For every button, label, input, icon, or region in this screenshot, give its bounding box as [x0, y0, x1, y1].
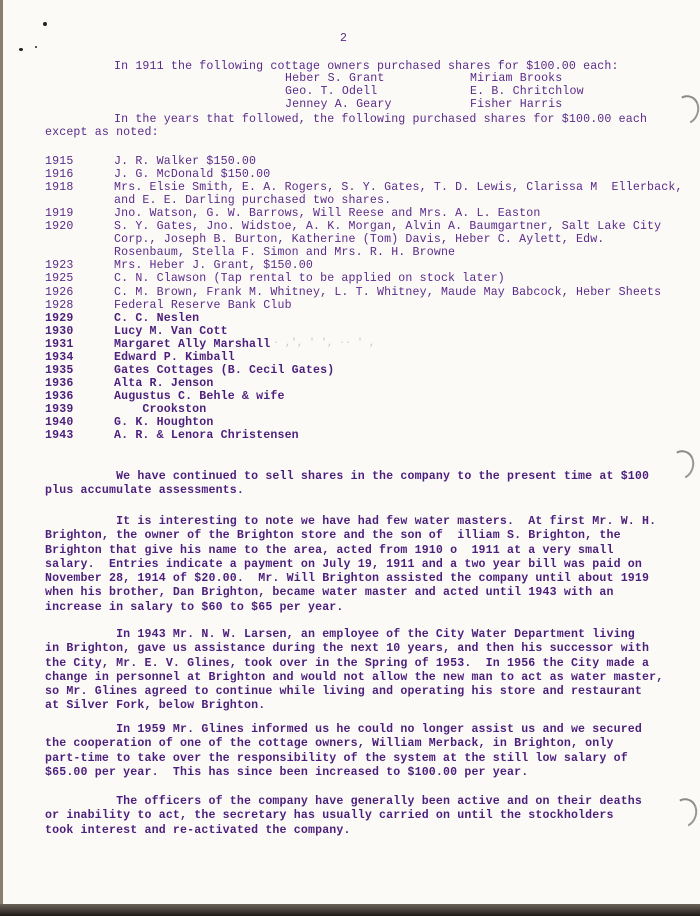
purchase-year: 1940	[45, 416, 73, 429]
purchase-year: 1931	[45, 338, 73, 351]
purchase-year: 1916	[45, 168, 73, 181]
body-paragraph: In 1959 Mr. Glines informed us he could …	[45, 723, 645, 780]
purchase-year: 1928	[45, 299, 73, 312]
purchase-year: 1918	[45, 181, 73, 194]
followed-line: In the years that followed, the followin…	[114, 113, 647, 126]
purchase-entry: Federal Reserve Bank Club	[114, 299, 292, 312]
purchase-entry: A. R. & Lenora Christensen	[114, 429, 299, 442]
purchase-entry: G. K. Houghton	[114, 416, 214, 429]
bleed-through-marks: · ,', ' ', ·· ' ,	[273, 338, 375, 349]
document-page: 2 In 1911 the following cottage owners p…	[0, 0, 700, 904]
purchase-year: 1915	[45, 155, 73, 168]
purchase-entry: Margaret Ally Marshall	[114, 338, 270, 351]
owner-name: Jenney A. Geary	[285, 98, 392, 111]
purchase-year: 1934	[45, 351, 73, 364]
punch-hole-icon	[664, 446, 699, 483]
purchase-entry: Lucy M. Van Cott	[114, 325, 228, 338]
page-number: 2	[340, 32, 347, 45]
purchase-entry: Rosenbaum, Stella F. Simon and Mrs. R. H…	[114, 246, 455, 259]
body-paragraph: In 1943 Mr. N. W. Larsen, an employee of…	[45, 628, 645, 714]
purchase-entry: J. G. McDonald $150.00	[114, 168, 270, 181]
punch-hole-icon	[667, 794, 700, 831]
owner-name: Fisher Harris	[470, 98, 562, 111]
purchase-year: 1925	[45, 272, 73, 285]
scan-speck	[43, 22, 47, 26]
purchase-year: 1930	[45, 325, 73, 338]
purchase-entry: S. Y. Gates, Jno. Widstoe, A. K. Morgan,…	[114, 220, 661, 233]
purchase-entry: C. M. Brown, Frank M. Whitney, L. T. Whi…	[114, 286, 661, 299]
scan-speck	[35, 46, 37, 48]
body-paragraph: We have continued to sell shares in the …	[45, 470, 645, 499]
purchase-year: 1935	[45, 364, 73, 377]
purchase-year: 1926	[45, 286, 73, 299]
purchase-year: 1919	[45, 207, 73, 220]
owner-name: Geo. T. Odell	[285, 85, 377, 98]
purchase-year: 1936	[45, 377, 73, 390]
purchase-entry: Crookston	[114, 403, 206, 416]
purchase-entry: Mrs. Elsie Smith, E. A. Rogers, S. Y. Ga…	[114, 181, 683, 194]
punch-hole-icon	[669, 91, 700, 128]
scan-speck	[19, 48, 23, 51]
purchase-entry: Edward P. Kimball	[114, 351, 235, 364]
purchase-year: 1923	[45, 259, 73, 272]
purchase-entry: Mrs. Heber J. Grant, $150.00	[114, 259, 313, 272]
purchase-entry: Jno. Watson, G. W. Barrows, Will Reese a…	[114, 207, 540, 220]
purchase-entry: C. C. Neslen	[114, 312, 199, 325]
purchase-entry: Augustus C. Behle & wife	[114, 390, 285, 403]
purchase-year: 1943	[45, 429, 73, 442]
followed-line: except as noted:	[45, 126, 159, 139]
body-paragraph: It is interesting to note we have had fe…	[45, 515, 645, 615]
purchase-year: 1920	[45, 220, 73, 233]
purchase-entry: C. N. Clawson (Tap rental to be applied …	[114, 272, 505, 285]
purchase-entry: J. R. Walker $150.00	[114, 155, 256, 168]
purchase-entry: and E. E. Darling purchased two shares.	[114, 194, 391, 207]
purchase-entry: Gates Cottages (B. Cecil Gates)	[114, 364, 334, 377]
owner-name: Heber S. Grant	[285, 72, 385, 85]
body-paragraph: The officers of the company have general…	[45, 795, 645, 838]
owner-name: Miriam Brooks	[470, 72, 562, 85]
purchase-year: 1936	[45, 390, 73, 403]
owner-name: E. B. Chritchlow	[470, 85, 584, 98]
purchase-entry: Alta R. Jenson	[114, 377, 214, 390]
purchase-year: 1929	[45, 312, 73, 325]
purchase-entry: Corp., Joseph B. Burton, Katherine (Tom)…	[114, 233, 604, 246]
purchase-year: 1939	[45, 403, 73, 416]
scanner-edge	[0, 904, 700, 916]
